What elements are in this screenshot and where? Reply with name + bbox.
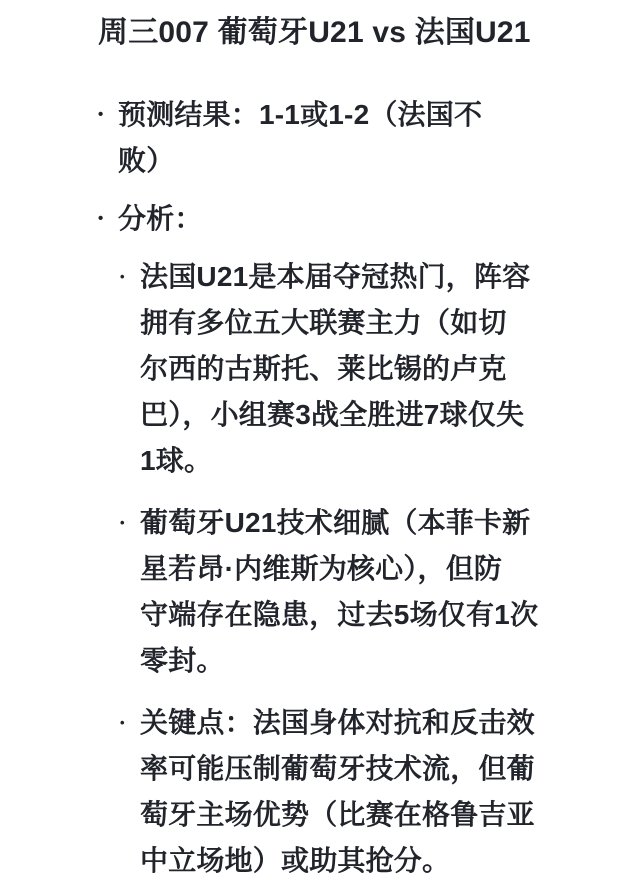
bullet-icon: • (120, 500, 140, 546)
bullet-icon: • (120, 254, 140, 300)
portugal-analysis-text: 葡萄牙U21技术细腻（本菲卡新 星若昂·内维斯为核心），但防 守端存在隐患，过去… (140, 500, 538, 684)
prediction-result-item: • 预测结果：1-1或1-2（法国不 败） (98, 92, 610, 184)
key-point-text: 关键点：法国身体对抗和反击效 率可能压制葡萄牙技术流，但葡 萄牙主场优势（比赛在… (140, 700, 535, 884)
france-analysis-text: 法国U21是本届夺冠热门，阵容 拥有多位五大联赛主力（如切 尔西的古斯托、莱比锡… (140, 254, 530, 484)
prediction-result-text: 预测结果：1-1或1-2（法国不 败） (118, 92, 482, 184)
bullet-icon: • (120, 700, 140, 746)
key-point-item: • 关键点：法国身体对抗和反击效 率可能压制葡萄牙技术流，但葡 萄牙主场优势（比… (98, 700, 610, 884)
france-analysis-item: • 法国U21是本届夺冠热门，阵容 拥有多位五大联赛主力（如切 尔西的古斯托、莱… (98, 254, 610, 484)
page-title: 周三007 葡萄牙U21 vs 法国U21 (98, 14, 610, 52)
analysis-item: • 分析： (98, 196, 610, 242)
analysis-label: 分析： (118, 196, 203, 242)
bullet-icon: • (98, 196, 118, 242)
portugal-analysis-item: • 葡萄牙U21技术细腻（本菲卡新 星若昂·内维斯为核心），但防 守端存在隐患，… (98, 500, 610, 684)
article: 周三007 葡萄牙U21 vs 法国U21 • 预测结果：1-1或1-2（法国不… (0, 0, 640, 884)
bullet-icon: • (98, 92, 118, 138)
